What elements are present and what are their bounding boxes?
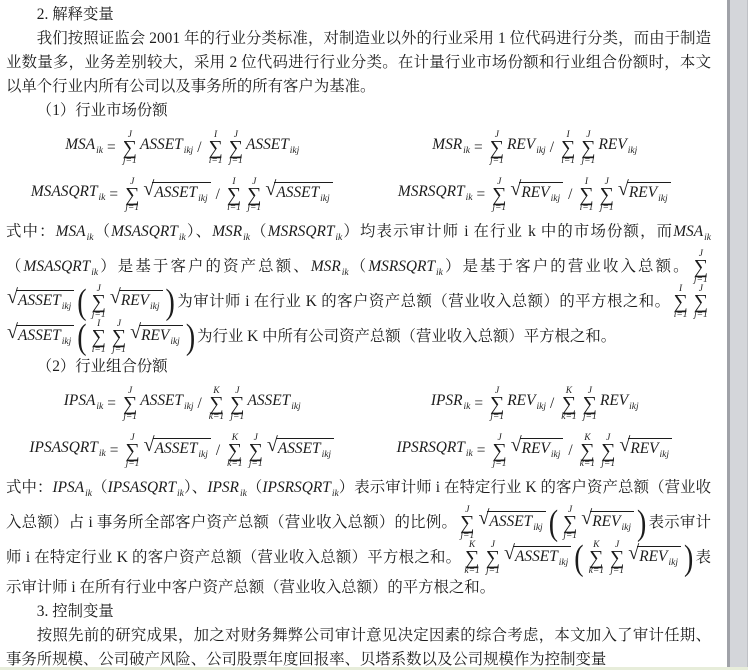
math-variable: REVikj (592, 513, 631, 530)
big-parenthesis: ( (77, 321, 86, 355)
document-page: 2. 解释变量 我们按照证监会 2001 年的行业分类标准，对制造业以外的行业采… (0, 0, 727, 670)
math-variable: MSRik (212, 223, 250, 240)
math-variable: ASSETikj (140, 133, 193, 163)
sum-symbol: J∑j=1 (123, 387, 137, 422)
sqrt-radicand: REVikj (628, 438, 672, 464)
sqrt-expression: √ASSETikj (7, 290, 74, 316)
sigma-glyph: ∑ (486, 550, 500, 567)
sum-symbol: J∑j=1 (490, 387, 504, 422)
sum-symbol: J∑j=1 (460, 506, 474, 541)
sigma-glyph: ∑ (490, 396, 504, 413)
math-variable: REVikj (507, 133, 546, 163)
math-subscript: ikj (658, 194, 668, 204)
math-subscript: ik (466, 449, 473, 459)
math-variable: ASSETikj (246, 133, 299, 163)
sigma-glyph: ∑ (610, 550, 624, 567)
math-variable: ASSETikj (515, 548, 568, 565)
math-operator: = (110, 439, 119, 463)
math-variable: REVikj (141, 327, 180, 344)
math-variable: MSRSQRTik (398, 180, 473, 210)
sqrt-radicand: REVikj (590, 511, 634, 537)
math-variable: IPSASQRTik (29, 436, 105, 466)
sum-symbol: K∑k=1 (589, 541, 604, 576)
sum-symbol: K∑k=1 (464, 541, 479, 576)
sum-symbol: J∑j=1 (600, 178, 614, 213)
radical-glyph: √ (7, 290, 18, 305)
math-variable: IPSRik (431, 389, 470, 419)
sigma-glyph: ∑ (561, 140, 575, 157)
math-subscript: ik (85, 489, 92, 499)
intro-paragraph: 我们按照证监会 2001 年的行业分类标准，对制造业以外的行业采用 1 位代码进… (6, 27, 711, 99)
sqrt-radicand: ASSETikj (276, 438, 334, 464)
sigma-glyph: ∑ (227, 187, 241, 204)
sqrt-expression: √REVikj (619, 438, 672, 464)
sum-lower-limit: k=1 (464, 567, 479, 576)
sigma-glyph: ∑ (580, 443, 594, 460)
sigma-glyph: ∑ (490, 140, 504, 157)
math-variable: MSAik (65, 133, 103, 163)
sqrt-expression: √REVikj (130, 325, 183, 351)
sum-lower-limit: j=1 (583, 413, 597, 422)
math-operator: = (477, 439, 486, 463)
sqrt-expression: √ASSETikj (144, 438, 211, 464)
sum-symbol: I∑i=1 (92, 320, 106, 355)
math-operator: / (216, 183, 220, 207)
sum-lower-limit: j=1 (493, 460, 507, 469)
sqrt-expression: √REVikj (511, 438, 564, 464)
math-variable: IPSASQRTik (108, 479, 184, 496)
sqrt-expression: √REVikj (581, 511, 634, 537)
radical-glyph: √ (144, 438, 155, 453)
sum-symbol: I∑i=1 (208, 131, 222, 166)
formula-msr: MSRik=J∑j=1REVikj/I∑i=1J∑j=1REVikj (359, 126, 712, 170)
big-parenthesis: ) (166, 286, 175, 320)
math-subscript: ik (99, 193, 106, 203)
radical-glyph: √ (504, 546, 515, 561)
math-operator: = (107, 136, 116, 160)
formula-msa: MSAik=J∑j=1ASSETikj/I∑i=1J∑j=1ASSETikj (6, 126, 359, 170)
math-variable: REVikj (507, 389, 546, 419)
sum-symbol: J∑j=1 (92, 285, 106, 320)
math-variable: MSRik (432, 133, 470, 163)
sigma-glyph: ∑ (247, 187, 261, 204)
sqrt-radicand: ASSETikj (16, 325, 74, 351)
sigma-glyph: ∑ (208, 140, 222, 157)
sigma-glyph: ∑ (589, 550, 603, 567)
sum-symbol: K∑k=1 (561, 387, 576, 422)
sqrt-radicand: ASSETikj (487, 511, 545, 537)
math-variable: MSRSQRTik (368, 258, 443, 275)
math-subscript: ikj (150, 302, 160, 312)
big-parenthesis: ( (549, 507, 558, 541)
radical-glyph: √ (510, 182, 521, 197)
text-run: （ (250, 223, 268, 240)
sum-symbol: J∑j=1 (694, 250, 708, 285)
math-subscript: ikj (198, 450, 208, 460)
sqrt-radicand: REVikj (519, 182, 563, 208)
sigma-glyph: ∑ (673, 294, 687, 311)
market-share-heading: （1）行业市场份额 (6, 99, 711, 123)
sum-symbol: K∑k=1 (580, 434, 595, 469)
math-subscript: ikj (322, 450, 332, 460)
math-variable: MSAik (673, 223, 711, 240)
sigma-glyph: ∑ (583, 396, 597, 413)
math-variable: ASSETikj (154, 184, 207, 201)
section-2-heading: 2. 解释变量 (6, 3, 711, 27)
sigma-glyph: ∑ (230, 396, 244, 413)
sqrt-expression: √ASSETikj (143, 182, 210, 208)
sum-lower-limit: j=1 (125, 204, 139, 213)
math-subscript: ikj (668, 558, 678, 568)
math-operator: / (216, 439, 220, 463)
sum-lower-limit: j=1 (112, 346, 126, 355)
sigma-glyph: ∑ (562, 396, 576, 413)
math-variable: REVikj (639, 548, 678, 565)
formula-ipsrsqrt: IPSRSQRTik=J∑j=1√REVikj/K∑k=1J∑j=1√REVik… (359, 429, 712, 473)
math-operator: = (474, 392, 483, 416)
text-run: （ (247, 479, 263, 496)
sum-symbol: I∑i=1 (561, 131, 575, 166)
formula-row-market-share: MSAik=J∑j=1ASSETikj/I∑i=1J∑j=1ASSETikj M… (6, 126, 711, 170)
formula-ipsasqrt: IPSASQRTik=J∑j=1√ASSETikj/K∑k=1J∑j=1√ASS… (6, 429, 359, 473)
sum-symbol: J∑j=1 (247, 178, 261, 213)
sigma-glyph: ∑ (492, 187, 506, 204)
sqrt-expression: √ASSETikj (504, 546, 571, 572)
math-variable: MSASQRTik (24, 258, 99, 275)
math-operator: / (198, 392, 202, 416)
sigma-glyph: ∑ (465, 550, 479, 567)
math-subscript: ikj (559, 558, 569, 568)
sum-lower-limit: k=1 (580, 460, 595, 469)
math-variable: REVikj (630, 440, 669, 457)
sum-lower-limit: j=1 (610, 567, 624, 576)
sqrt-expression: √REVikj (510, 182, 563, 208)
math-variable: ASSETikj (18, 292, 71, 309)
portfolio-share-explanation: 式中：IPSAik（IPSASQRTik）、IPSRik（IPSRSQRTik）… (6, 476, 711, 600)
radical-glyph: √ (7, 325, 18, 340)
sum-symbol: J∑j=1 (583, 387, 597, 422)
math-operator: / (568, 439, 572, 463)
text-run: ）均表示审计师 i 在行业 k 中的市场份额，而 (342, 223, 673, 240)
sum-lower-limit: j=1 (126, 460, 140, 469)
sum-lower-limit: i=1 (674, 311, 688, 320)
math-subscript: ik (463, 402, 470, 412)
math-subscript: ik (342, 268, 349, 278)
sqrt-radicand: REVikj (139, 325, 183, 351)
text-run: ）、 (184, 479, 207, 496)
sum-lower-limit: j=1 (229, 157, 243, 166)
math-variable: MSASQRTik (111, 223, 186, 240)
math-variable: ASSETikj (140, 389, 193, 419)
portfolio-share-heading: （2）行业组合份额 (6, 355, 711, 379)
sum-symbol: J∑j=1 (123, 131, 137, 166)
sum-symbol: J∑j=1 (490, 131, 504, 166)
math-operator: / (550, 136, 554, 160)
sum-symbol: J∑j=1 (125, 178, 139, 213)
viewer-margin-strip (727, 0, 748, 670)
formula-ipsr: IPSRik=J∑j=1REVikj/K∑k=1J∑j=1REVikj (359, 382, 712, 426)
sigma-glyph: ∑ (112, 329, 126, 346)
radical-glyph: √ (267, 438, 278, 453)
radical-glyph: √ (511, 438, 522, 453)
math-variable: ASSETikj (247, 389, 300, 419)
sum-lower-limit: j=1 (247, 204, 261, 213)
sum-lower-limit: j=1 (123, 413, 137, 422)
sigma-glyph: ∑ (579, 187, 593, 204)
sigma-glyph: ∑ (92, 329, 106, 346)
math-subscript: ik (466, 193, 473, 203)
math-operator: = (476, 183, 485, 207)
sum-symbol: J∑j=1 (492, 434, 506, 469)
big-parenthesis: ) (684, 542, 693, 576)
sigma-glyph: ∑ (125, 443, 139, 460)
sum-symbol: K∑k=1 (209, 387, 224, 422)
sum-symbol: J∑j=1 (125, 434, 139, 469)
math-subscript: ikj (320, 194, 330, 204)
math-variable: MSAik (56, 223, 94, 240)
math-variable: IPSRSQRTik (396, 436, 472, 466)
sum-lower-limit: k=1 (209, 413, 224, 422)
sum-lower-limit: j=1 (490, 413, 504, 422)
math-subscript: ik (243, 233, 250, 243)
big-parenthesis: ) (637, 507, 646, 541)
text-run: ）、 (186, 223, 213, 240)
text-run: 为审计师 i 在行业 K 的客户资产总额（营业收入总额）的平方根之和。 (177, 293, 671, 310)
math-subscript: ikj (170, 337, 180, 347)
sum-symbol: J∑j=1 (112, 320, 126, 355)
text-run: （ (6, 258, 24, 275)
sqrt-expression: √REVikj (628, 546, 681, 572)
math-subscript: ik (436, 268, 443, 278)
sum-symbol: I∑i=1 (227, 178, 241, 213)
sum-symbol: J∑j=1 (229, 131, 243, 166)
sum-lower-limit: i=1 (580, 204, 594, 213)
sum-symbol: J∑j=1 (492, 178, 506, 213)
math-subscript: ikj (291, 402, 301, 412)
math-variable: REVikj (121, 292, 160, 309)
radical-glyph: √ (618, 182, 629, 197)
radical-glyph: √ (478, 511, 489, 526)
control-variables-paragraph: 按照先前的研究成果，加之对财务舞弊公司审计意见决定因素的综合考虑，本文加入了审计… (6, 624, 711, 670)
math-subscript: ikj (184, 402, 194, 412)
sum-lower-limit: i=1 (92, 346, 106, 355)
radical-glyph: √ (143, 182, 154, 197)
text-run: （ (93, 223, 111, 240)
math-variable: ASSETikj (18, 327, 71, 344)
math-subscript: ik (96, 402, 103, 412)
sum-symbol: J∑j=1 (581, 131, 595, 166)
sqrt-expression: √REVikj (110, 290, 163, 316)
sqrt-expression: √ASSETikj (7, 325, 74, 351)
sum-symbol: J∑j=1 (249, 434, 263, 469)
radical-glyph: √ (130, 325, 141, 340)
radical-glyph: √ (628, 546, 639, 561)
sigma-glyph: ∑ (581, 140, 595, 157)
big-parenthesis: ( (574, 542, 583, 576)
text-run: 式中： (6, 479, 53, 496)
math-variable: ASSETikj (276, 184, 329, 201)
sum-symbol: J∑j=1 (486, 541, 500, 576)
market-share-explanation: 式中：MSAik（MSASQRTik）、MSRik（MSRSQRTik）均表示审… (6, 220, 711, 355)
formula-row-portfolio-share: IPSAik=J∑j=1ASSETikj/K∑k=1J∑j=1ASSETikj … (6, 382, 711, 426)
math-subscript: ikj (62, 302, 72, 312)
sigma-glyph: ∑ (694, 294, 708, 311)
sigma-glyph: ∑ (92, 294, 106, 311)
sigma-glyph: ∑ (694, 259, 708, 276)
text-run: 式中： (6, 223, 56, 240)
math-variable: ASSETikj (278, 440, 331, 457)
math-variable: ASSETikj (489, 513, 542, 530)
sigma-glyph: ∑ (123, 396, 137, 413)
sum-lower-limit: k=1 (227, 460, 242, 469)
radical-glyph: √ (265, 182, 276, 197)
sigma-glyph: ∑ (228, 443, 242, 460)
math-subscript: ikj (621, 523, 631, 533)
text-run: （ (92, 479, 108, 496)
math-subscript: ikj (551, 194, 561, 204)
math-subscript: ikj (629, 402, 639, 412)
sigma-glyph: ∑ (492, 443, 506, 460)
radical-glyph: √ (619, 438, 630, 453)
radical-glyph: √ (581, 511, 592, 526)
sigma-glyph: ∑ (229, 140, 243, 157)
math-variable: ASSETikj (155, 440, 208, 457)
sigma-glyph: ∑ (600, 187, 614, 204)
math-variable: IPSAik (64, 389, 103, 419)
math-variable: MSRSQRTik (268, 223, 343, 240)
math-variable: IPSAik (53, 479, 92, 496)
math-variable: REVikj (629, 184, 668, 201)
big-parenthesis: ) (186, 321, 195, 355)
math-variable: IPSRik (207, 479, 246, 496)
math-subscript: ik (704, 233, 711, 243)
sqrt-radicand: ASSETikj (153, 438, 211, 464)
sum-lower-limit: j=1 (600, 204, 614, 213)
sum-lower-limit: j=1 (249, 460, 263, 469)
math-subscript: ik (463, 146, 470, 156)
sum-symbol: J∑j=1 (563, 506, 577, 541)
sum-lower-limit: j=1 (490, 157, 504, 166)
math-variable: REVikj (600, 389, 639, 419)
math-subscript: ik (240, 489, 247, 499)
sqrt-expression: √REVikj (618, 182, 671, 208)
math-operator: = (109, 183, 118, 207)
sqrt-radicand: REVikj (520, 438, 564, 464)
math-subscript: ikj (628, 146, 638, 156)
sum-lower-limit: j=1 (601, 460, 615, 469)
math-subscript: ik (179, 233, 186, 243)
sqrt-radicand: ASSETikj (16, 290, 74, 316)
sqrt-radicand: REVikj (119, 290, 163, 316)
sqrt-expression: √ASSETikj (267, 438, 334, 464)
sigma-glyph: ∑ (601, 443, 615, 460)
sum-lower-limit: i=1 (227, 204, 241, 213)
math-variable: IPSRSQRTik (262, 479, 338, 496)
math-subscript: ikj (290, 146, 300, 156)
math-operator: / (550, 392, 554, 416)
text-run: 为行业 K 中所有公司资产总额（营业收入总额）平方根之和。 (197, 328, 616, 345)
sum-lower-limit: j=1 (486, 567, 500, 576)
sqrt-radicand: ASSETikj (513, 546, 571, 572)
sigma-glyph: ∑ (125, 187, 139, 204)
formula-msrsqrt: MSRSQRTik=J∑j=1√REVikj/I∑i=1J∑j=1√REVikj (359, 173, 712, 217)
big-parenthesis: ( (77, 286, 86, 320)
math-subscript: ikj (62, 337, 72, 347)
sum-lower-limit: j=1 (230, 413, 244, 422)
sum-symbol: J∑j=1 (694, 285, 708, 320)
text-run: ）是基于客户的营业收入总额。 (443, 258, 691, 275)
sum-symbol: I∑i=1 (673, 285, 687, 320)
math-variable: REVikj (522, 440, 561, 457)
formula-row-market-share-sqrt: MSASQRTik=J∑j=1√ASSETikj/I∑i=1J∑j=1√ASSE… (6, 173, 711, 217)
formula-row-portfolio-share-sqrt: IPSASQRTik=J∑j=1√ASSETikj/K∑k=1J∑j=1√ASS… (6, 429, 711, 473)
sqrt-expression: √ASSETikj (265, 182, 332, 208)
sigma-glyph: ∑ (249, 443, 263, 460)
math-subscript: ikj (536, 146, 546, 156)
sum-symbol: J∑j=1 (230, 387, 244, 422)
math-subscript: ik (177, 489, 184, 499)
sum-symbol: J∑j=1 (610, 541, 624, 576)
section-3-heading: 3. 控制变量 (6, 600, 711, 624)
math-subscript: ikj (184, 146, 194, 156)
sqrt-expression: √ASSETikj (478, 511, 545, 537)
math-subscript: ikj (551, 450, 561, 460)
sigma-glyph: ∑ (563, 515, 577, 532)
text-run: （ (349, 258, 369, 275)
sqrt-radicand: ASSETikj (274, 182, 332, 208)
math-subscript: ikj (537, 402, 547, 412)
sqrt-radicand: ASSETikj (152, 182, 210, 208)
sqrt-radicand: REVikj (637, 546, 681, 572)
math-variable: MSASQRTik (31, 180, 106, 210)
math-subscript: ikj (533, 523, 543, 533)
math-subscript: ik (332, 489, 339, 499)
math-operator: = (474, 136, 483, 160)
math-variable: REVikj (599, 133, 638, 163)
sum-lower-limit: k=1 (561, 413, 576, 422)
sqrt-radicand: REVikj (627, 182, 671, 208)
sum-symbol: I∑i=1 (579, 178, 593, 213)
math-variable: REVikj (521, 184, 560, 201)
sigma-glyph: ∑ (209, 396, 223, 413)
sum-lower-limit: k=1 (589, 567, 604, 576)
sum-lower-limit: j=1 (492, 204, 506, 213)
math-subscript: ik (99, 449, 106, 459)
sum-lower-limit: i=1 (561, 157, 575, 166)
formula-ipsa: IPSAik=J∑j=1ASSETikj/K∑k=1J∑j=1ASSETikj (6, 382, 359, 426)
sum-symbol: K∑k=1 (227, 434, 242, 469)
sum-lower-limit: j=1 (694, 311, 708, 320)
sum-lower-limit: j=1 (123, 157, 137, 166)
math-subscript: ikj (198, 194, 208, 204)
math-operator: / (197, 136, 201, 160)
math-variable: MSRik (311, 258, 349, 275)
math-subscript: ik (96, 146, 103, 156)
sigma-glyph: ∑ (460, 515, 474, 532)
text-run: ）是基于客户的资产总额、 (98, 258, 311, 275)
math-operator: = (107, 392, 116, 416)
formula-msasqrt: MSASQRTik=J∑j=1√ASSETikj/I∑i=1J∑j=1√ASSE… (6, 173, 359, 217)
sum-symbol: J∑j=1 (601, 434, 615, 469)
math-subscript: ikj (660, 450, 670, 460)
sum-lower-limit: i=1 (209, 157, 223, 166)
sum-lower-limit: j=1 (581, 157, 595, 166)
radical-glyph: √ (110, 290, 121, 305)
sigma-glyph: ∑ (123, 140, 137, 157)
math-operator: / (568, 183, 572, 207)
